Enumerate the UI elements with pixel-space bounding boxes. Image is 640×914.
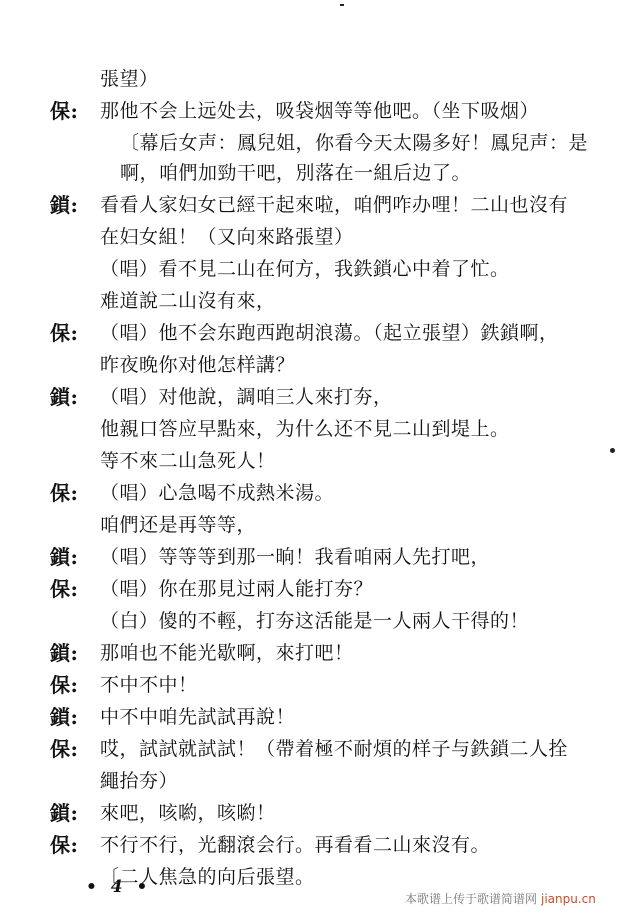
watermark-text: 本歌谱上传于歌谱简谱网 (405, 892, 537, 906)
speaker-label: 保: (50, 734, 100, 764)
line-text: 中不中咱先試試再說！ (100, 702, 295, 732)
line-text: 看看人家妇女已經干起來啦，咱們咋办哩！二山也沒有 (100, 190, 568, 220)
line-text: 在妇女組！（又向來路張望） (100, 222, 354, 252)
line-text: 〔幕后女声：鳳兒姐，你看今天太陽多好！鳳兒声：是 (120, 128, 588, 158)
speaker-label: 鎖: (50, 638, 100, 668)
speaker-label: 保: (50, 670, 100, 700)
speaker-label: 保: (50, 96, 100, 126)
watermark: 本歌谱上传于歌谱简谱网jianpu.cn (405, 890, 596, 907)
line-text: 張望） (100, 64, 159, 94)
scan-dot (610, 448, 615, 453)
speaker-label: 鎖: (50, 702, 100, 732)
watermark-site-link[interactable]: jianpu.cn (541, 892, 596, 906)
speaker-label: 保: (50, 318, 100, 348)
line-text: 昨夜晚你对他怎样講？ (100, 350, 295, 380)
scan-speck (340, 4, 344, 6)
line-text: 來吧，咳喲，咳喲！ (100, 798, 276, 828)
line-text: 哎，試試就試試！（帶着極不耐煩的样子与鉄鎖二人拴 (100, 734, 568, 764)
line-text: （唱）心急喝不成熱米湯。 (100, 478, 334, 508)
line-text: 不行不行，光翻滾会行。再看看二山來沒有。 (100, 830, 490, 860)
speaker-label: 鎖: (50, 798, 100, 828)
speaker-label: 保: (50, 478, 100, 508)
speaker-label: 鎖: (50, 542, 100, 572)
page-number: • 4 • (86, 877, 151, 897)
line-text: （唱）看不見二山在何方，我鉄鎖心中着了忙。 (100, 254, 510, 284)
line-text: 那咱也不能光歇啊，來打吧！ (100, 638, 354, 668)
line-text: 那他不会上远处去，吸袋烟等等他吧。（坐下吸烟） (100, 96, 539, 126)
line-text: 难道說二山沒有來， (100, 286, 276, 316)
line-text: 不中不中！ (100, 670, 198, 700)
line-text: 他親口答应早點來，为什么还不見二山到堤上。 (100, 414, 510, 444)
speaker-label: 鎖: (50, 382, 100, 412)
line-text: （唱）他不会东跑西跑胡浪蕩。（起立張望）鉄鎖啊， (100, 318, 559, 348)
line-text: （唱）等等等到那一晌！我看咱兩人先打吧， (100, 542, 490, 572)
line-text: 等不來二山急死人！ (100, 446, 276, 476)
line-text: 繩抬夯） (100, 766, 178, 796)
speaker-label: 保: (50, 830, 100, 860)
scanned-page: 張望）保:那他不会上远处去，吸袋烟等等他吧。（坐下吸烟）〔幕后女声：鳳兒姐，你看… (0, 0, 640, 914)
line-text: （白）傻的不輕，打夯这活能是一人兩人干得的！ (100, 606, 529, 636)
speaker-label: 保: (50, 574, 100, 604)
line-text: 咱們还是再等等， (100, 510, 256, 540)
line-text: （唱）你在那見过兩人能打夯？ (100, 574, 373, 604)
speaker-label: 鎖: (50, 190, 100, 220)
line-text: 啊，咱們加勁干吧，別落在一組后边了。 (120, 158, 471, 188)
line-text: （唱）对他說，調咱三人來打夯， (100, 382, 393, 412)
